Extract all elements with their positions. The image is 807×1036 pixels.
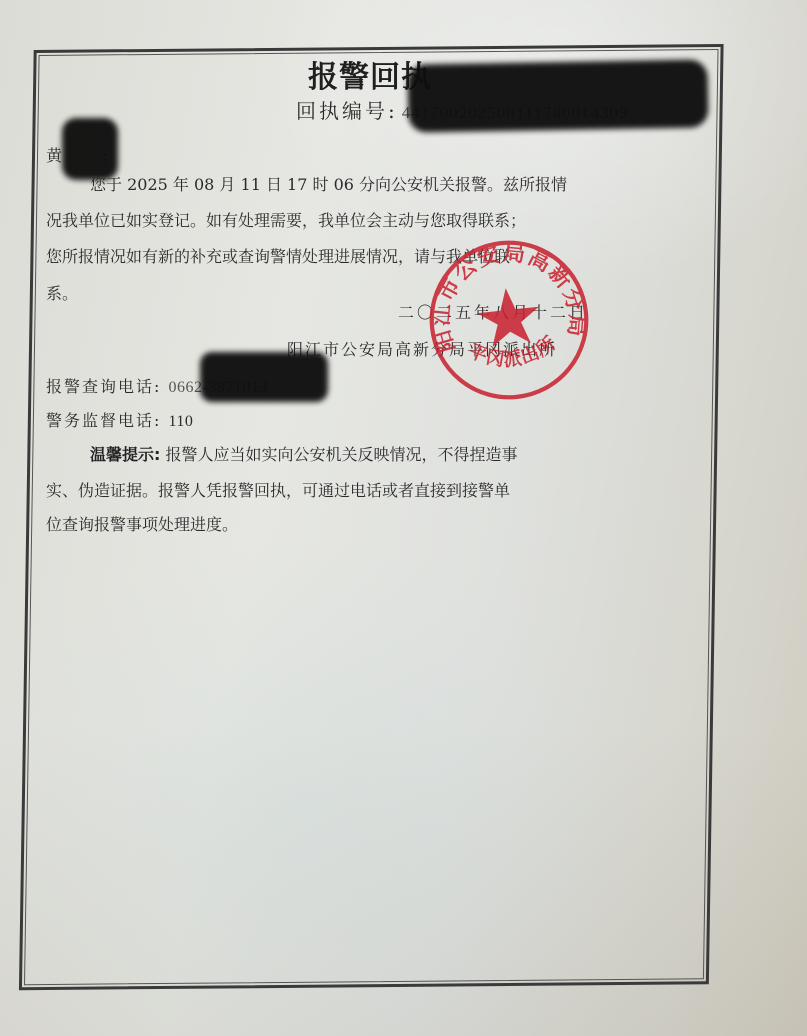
body-line-4: 系。 <box>46 281 78 304</box>
issuing-unit: 阳江市公安局高新分局平冈派出所 <box>287 337 557 360</box>
body-line-3: 您所报情况如有新的补充或查询警情处理进展情况，请与我单位联 <box>46 244 510 267</box>
body-line-1: 您于 2025 年 08 月 11 日 17 时 06 分向公安机关报警。兹所报… <box>90 172 567 195</box>
supervision-phone-value: 110 <box>169 413 194 430</box>
tip-line-3: 位查询报警事项处理进度。 <box>46 512 238 535</box>
tip-text-1: 报警人应当如实向公安机关反映情况，不得捏造事 <box>166 445 518 464</box>
addressee-name: 黄 <box>46 146 62 165</box>
tip-label: 温馨提示: <box>90 445 160 464</box>
redaction-receipt-number <box>407 59 708 132</box>
supervision-phone-row: 警务监督电话: 110 <box>46 408 193 431</box>
tip-line-2: 实、伪造证据。报警人凭报警回执，可通过电话或者直接到接警单 <box>46 478 510 501</box>
tip-line-1: 温馨提示: 报警人应当如实向公安机关反映情况，不得捏造事 <box>90 442 518 465</box>
inquiry-phone-label: 报警查询电话: <box>46 377 161 396</box>
redaction-inquiry-phone <box>200 352 328 402</box>
body-line-2: 况我单位已如实登记。如有处理需要，我单位会主动与您取得联系； <box>46 208 526 231</box>
redaction-addressee-name <box>62 118 118 180</box>
document-frame <box>19 24 724 990</box>
supervision-phone-label: 警务监督电话: <box>46 411 161 430</box>
receipt-number-label: 回执编号: <box>296 99 398 123</box>
issue-date: 二〇二五年八月十二日 <box>398 300 588 323</box>
